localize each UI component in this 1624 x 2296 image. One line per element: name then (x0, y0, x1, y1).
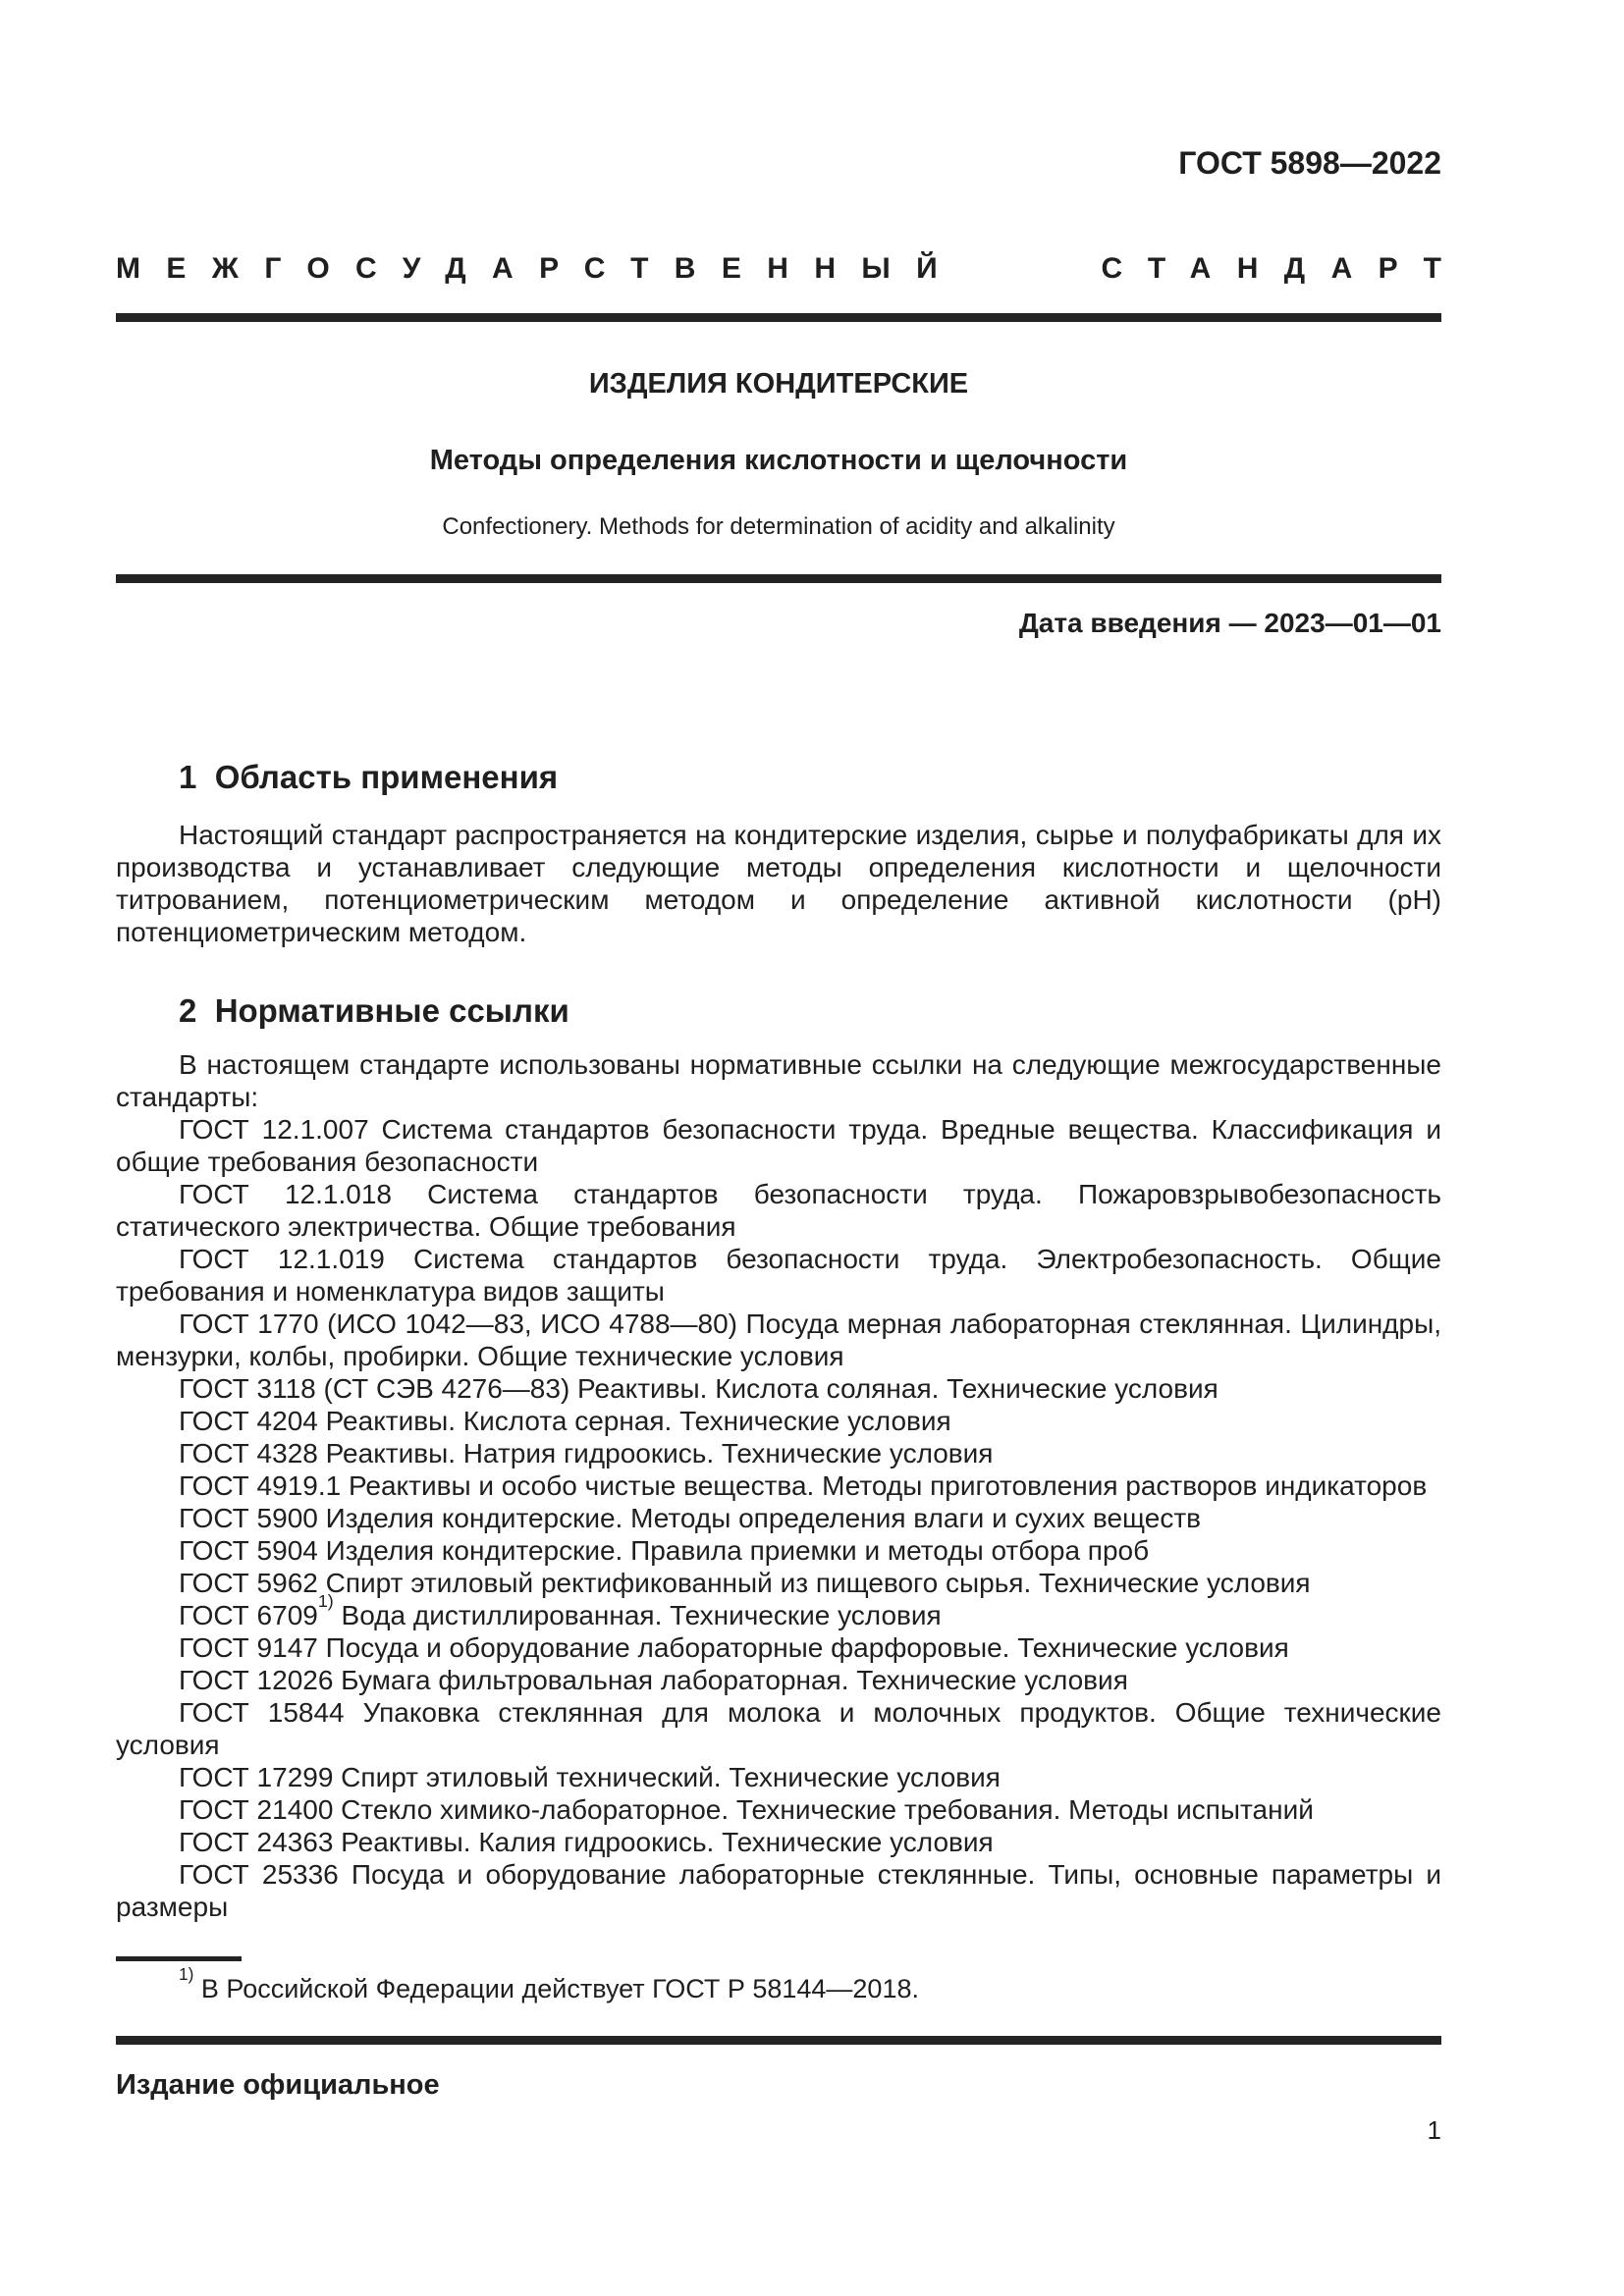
page-content: ГОСТ 5898—2022 МЕЖГОСУДАРСТВЕННЫЙ СТАНДА… (116, 0, 1441, 2145)
footer-rule (116, 2036, 1441, 2045)
doc-number: ГОСТ 5898—2022 (116, 0, 1441, 181)
reference-item: ГОСТ 4919.1 Реактивы и особо чистые веще… (116, 1469, 1441, 1502)
reference-item: ГОСТ 15844 Упаковка стеклянная для молок… (116, 1696, 1441, 1761)
footnote: 1) В Российской Федерации действует ГОСТ… (116, 1973, 1441, 2004)
reference-item: ГОСТ 12026 Бумага фильтровальная лаборат… (116, 1664, 1441, 1696)
section-2-intro: В настоящем стандарте использованы норма… (116, 1048, 1441, 1113)
reference-item: ГОСТ 21400 Стекло химико-лабораторное. Т… (116, 1793, 1441, 1826)
reference-item: ГОСТ 4204 Реактивы. Кислота серная. Техн… (116, 1405, 1441, 1437)
reference-item: ГОСТ 5900 Изделия кондитерские. Методы о… (116, 1502, 1441, 1534)
document-page: ГОСТ 5898—2022 МЕЖГОСУДАРСТВЕННЫЙ СТАНДА… (0, 0, 1624, 2296)
effective-date: Дата введения — 2023—01—01 (116, 607, 1441, 640)
standard-type-word1: МЕЖГОСУДАРСТВЕННЫЙ (116, 251, 963, 287)
footnote-marker: 1) (179, 1964, 193, 1984)
section-1-heading: 1 Область применения (116, 758, 1441, 797)
document-subtitle-english: Confectionery. Methods for determination… (116, 512, 1441, 542)
reference-item: ГОСТ 5962 Спирт этиловый ректификованный… (116, 1567, 1441, 1599)
footnote-separator (116, 1956, 242, 1961)
reference-footnote-marker: 1) (318, 1591, 334, 1611)
section-2-heading: 2 Нормативные ссылки (116, 991, 1441, 1031)
references-list: ГОСТ 12.1.007 Система стандартов безопас… (116, 1113, 1441, 1923)
header-rule (116, 313, 1441, 322)
reference-item: ГОСТ 3118 (СТ СЭВ 4276—83) Реактивы. Кис… (116, 1372, 1441, 1405)
reference-item: ГОСТ 12.1.019 Система стандартов безопас… (116, 1243, 1441, 1308)
footnote-text: В Российской Федерации действует ГОСТ Р … (193, 1974, 919, 2003)
reference-item: ГОСТ 4328 Реактивы. Натрия гидроокись. Т… (116, 1437, 1441, 1469)
reference-item: ГОСТ 67091) Вода дистиллированная. Техни… (116, 1599, 1441, 1631)
reference-item: ГОСТ 12.1.018 Система стандартов безопас… (116, 1178, 1441, 1243)
document-subtitle: Методы определения кислотности и щелочно… (116, 444, 1441, 477)
reference-item: ГОСТ 9147 Посуда и оборудование лаборато… (116, 1631, 1441, 1664)
page-number: 1 (116, 2115, 1441, 2145)
standard-type-word2: СТАНДАРТ (1102, 251, 1468, 287)
title-block-rule (116, 574, 1441, 583)
standard-type-label: МЕЖГОСУДАРСТВЕННЫЙ СТАНДАРТ (116, 251, 1441, 287)
reference-item: ГОСТ 17299 Спирт этиловый технический. Т… (116, 1761, 1441, 1793)
section-1-paragraph: Настоящий стандарт распространяется на к… (116, 819, 1441, 948)
reference-item: ГОСТ 5904 Изделия кондитерские. Правила … (116, 1534, 1441, 1567)
reference-item: ГОСТ 12.1.007 Система стандартов безопас… (116, 1113, 1441, 1178)
reference-item: ГОСТ 24363 Реактивы. Калия гидроокись. Т… (116, 1826, 1441, 1858)
reference-item: ГОСТ 1770 (ИСО 1042—83, ИСО 4788—80) Пос… (116, 1308, 1441, 1372)
document-title: ИЗДЕЛИЯ КОНДИТЕРСКИЕ (116, 367, 1441, 400)
reference-item: ГОСТ 25336 Посуда и оборудование лаборат… (116, 1858, 1441, 1923)
edition-note: Издание официальное (116, 2068, 1441, 2102)
